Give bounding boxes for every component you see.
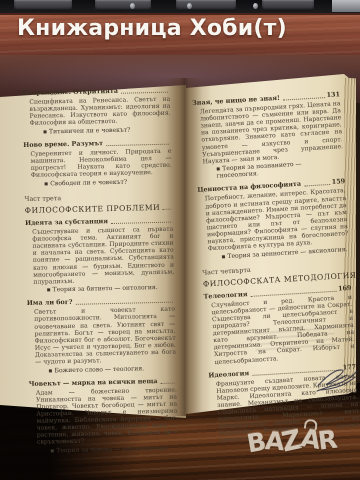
seller-watermark: Книжарница Хоби(т) xyxy=(17,16,287,42)
listing-photo: Книжарница Хоби(т) Възраждане. Откритият… xyxy=(0,0,360,480)
keyboard-key xyxy=(95,0,151,11)
keyboard-hinge-dot xyxy=(130,3,135,9)
toc-entry-summary: Потребност, желание, интерес. Красотата,… xyxy=(205,187,349,252)
signature-scribble xyxy=(314,364,360,396)
toc-entry-summary: Адам — божествено творение. Уникалността… xyxy=(36,386,178,446)
dot-leader xyxy=(283,97,325,100)
bazar-watermark: BAZAR xyxy=(246,424,336,458)
toc-entry: Възраждане. Откритията Спецификата на Ре… xyxy=(22,87,171,136)
keyboard-key xyxy=(14,0,72,11)
toc-right-column: Зная, че нищо не зная!131 Легендата за п… xyxy=(192,91,360,451)
toc-entry-bullet: ▪ Титаничен ли е човекът? xyxy=(43,126,171,136)
dot-leader xyxy=(106,144,169,146)
toc-page-number: 159 xyxy=(332,178,346,186)
keyboard-key xyxy=(262,0,314,11)
toc-part-kicker: Част трета xyxy=(24,192,172,203)
toc-page-number: 131 xyxy=(326,91,340,99)
keyboard-metal-edge xyxy=(332,0,360,12)
toc-entry-summary: Съществуване и същност са първата филосо… xyxy=(32,226,174,286)
dot-leader xyxy=(121,92,168,94)
toc-entry-title: Има ли бог? xyxy=(27,299,73,308)
dot-leader xyxy=(75,302,172,305)
toc-entry: Зная, че нищо не зная!131 Легендата за п… xyxy=(192,91,345,181)
toc-entry-summary: Легендата за първородния грях. Цената на… xyxy=(200,100,344,165)
toc-entry: Човекът — мярка на всички неща Адам — бо… xyxy=(29,377,179,455)
toc-part-header: Част трета ФИЛОСОФСКИТЕ ПРОБЛЕМИ xyxy=(24,192,172,215)
toc-entry-summary: Суверенитет и личност. Природата е машин… xyxy=(30,148,172,180)
keyboard-edge xyxy=(0,0,360,14)
toc-entry-bullet: ▪ Теория за битието — онтология. xyxy=(46,284,174,294)
toc-page-number: 169 xyxy=(338,285,352,293)
toc-entry: Телеология169 Случайност и ред. Красота … xyxy=(203,285,355,367)
toc-entry: Ценността на философията159 Потребност, … xyxy=(197,178,349,261)
dot-leader xyxy=(111,222,171,224)
dot-leader xyxy=(163,209,171,210)
toc-entry-title: Ново време. Разумът xyxy=(23,140,103,149)
toc-part-title: ФИЛОСОФСКИТЕ ПРОБЛЕМИ xyxy=(25,203,161,215)
toc-entry: Ново време. Разумът Суверенитет и личнос… xyxy=(23,139,172,188)
keyboard-hinge-dot xyxy=(187,3,192,9)
keyboard-key xyxy=(176,0,236,11)
toc-left-column: Възраждане. Откритията Спецификата на Ре… xyxy=(22,87,178,461)
dot-leader xyxy=(304,184,330,187)
toc-entry-bullet: ▪ Теория за човека — антропология. xyxy=(50,445,178,455)
toc-entry-summary: Спецификата на Ренесанса. Светът на възр… xyxy=(29,96,171,128)
toc-part-header: Част четвърта ФИЛОСОФСКАТА МЕТОДОЛОГИЯ16… xyxy=(202,260,351,289)
keyboard-hinge-dot xyxy=(253,3,258,9)
bazar-letter: R xyxy=(317,425,338,456)
toc-entry-bullet: ▪ Божието слово — теология. xyxy=(48,364,176,374)
toc-entry-summary: Светът и човекът като противоположности.… xyxy=(34,306,176,366)
toc-entry-title: Идеята за субстанция xyxy=(25,218,108,227)
toc-entry-bullet: ▪ Свободен ли е човекът? xyxy=(44,178,172,188)
toc-entry-title: Възраждане. Откритията xyxy=(22,88,118,98)
toc-entry: Има ли бог? Светът и човекът като против… xyxy=(27,297,177,375)
toc-entry: Идеята за субстанция Съществуване и същн… xyxy=(25,217,175,295)
dot-leader xyxy=(161,382,175,383)
